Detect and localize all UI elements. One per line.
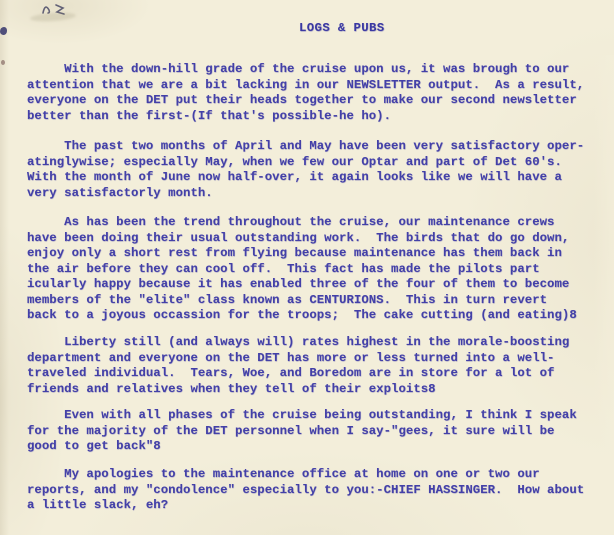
scanned-letter-page: LOGS & PUBS With the down-hill grade of … (0, 0, 614, 535)
paragraph-3: As has been the trend throughout the cru… (27, 215, 577, 324)
paragraph-1: With the down-hill grade of the cruise u… (27, 62, 584, 124)
paragraph-2: The past two months of April and May hav… (27, 139, 584, 201)
ink-spot (0, 27, 7, 35)
document-title: LOGS & PUBS (299, 21, 385, 36)
scan-edge-fade (594, 55, 614, 520)
paragraph-5: Even with all phases of the cruise being… (27, 408, 577, 455)
paragraph-6: My apologies to the maintenance office a… (27, 467, 584, 514)
paragraph-4: Liberty still (and always will) rates hi… (27, 335, 569, 397)
ink-spot (1, 60, 5, 65)
